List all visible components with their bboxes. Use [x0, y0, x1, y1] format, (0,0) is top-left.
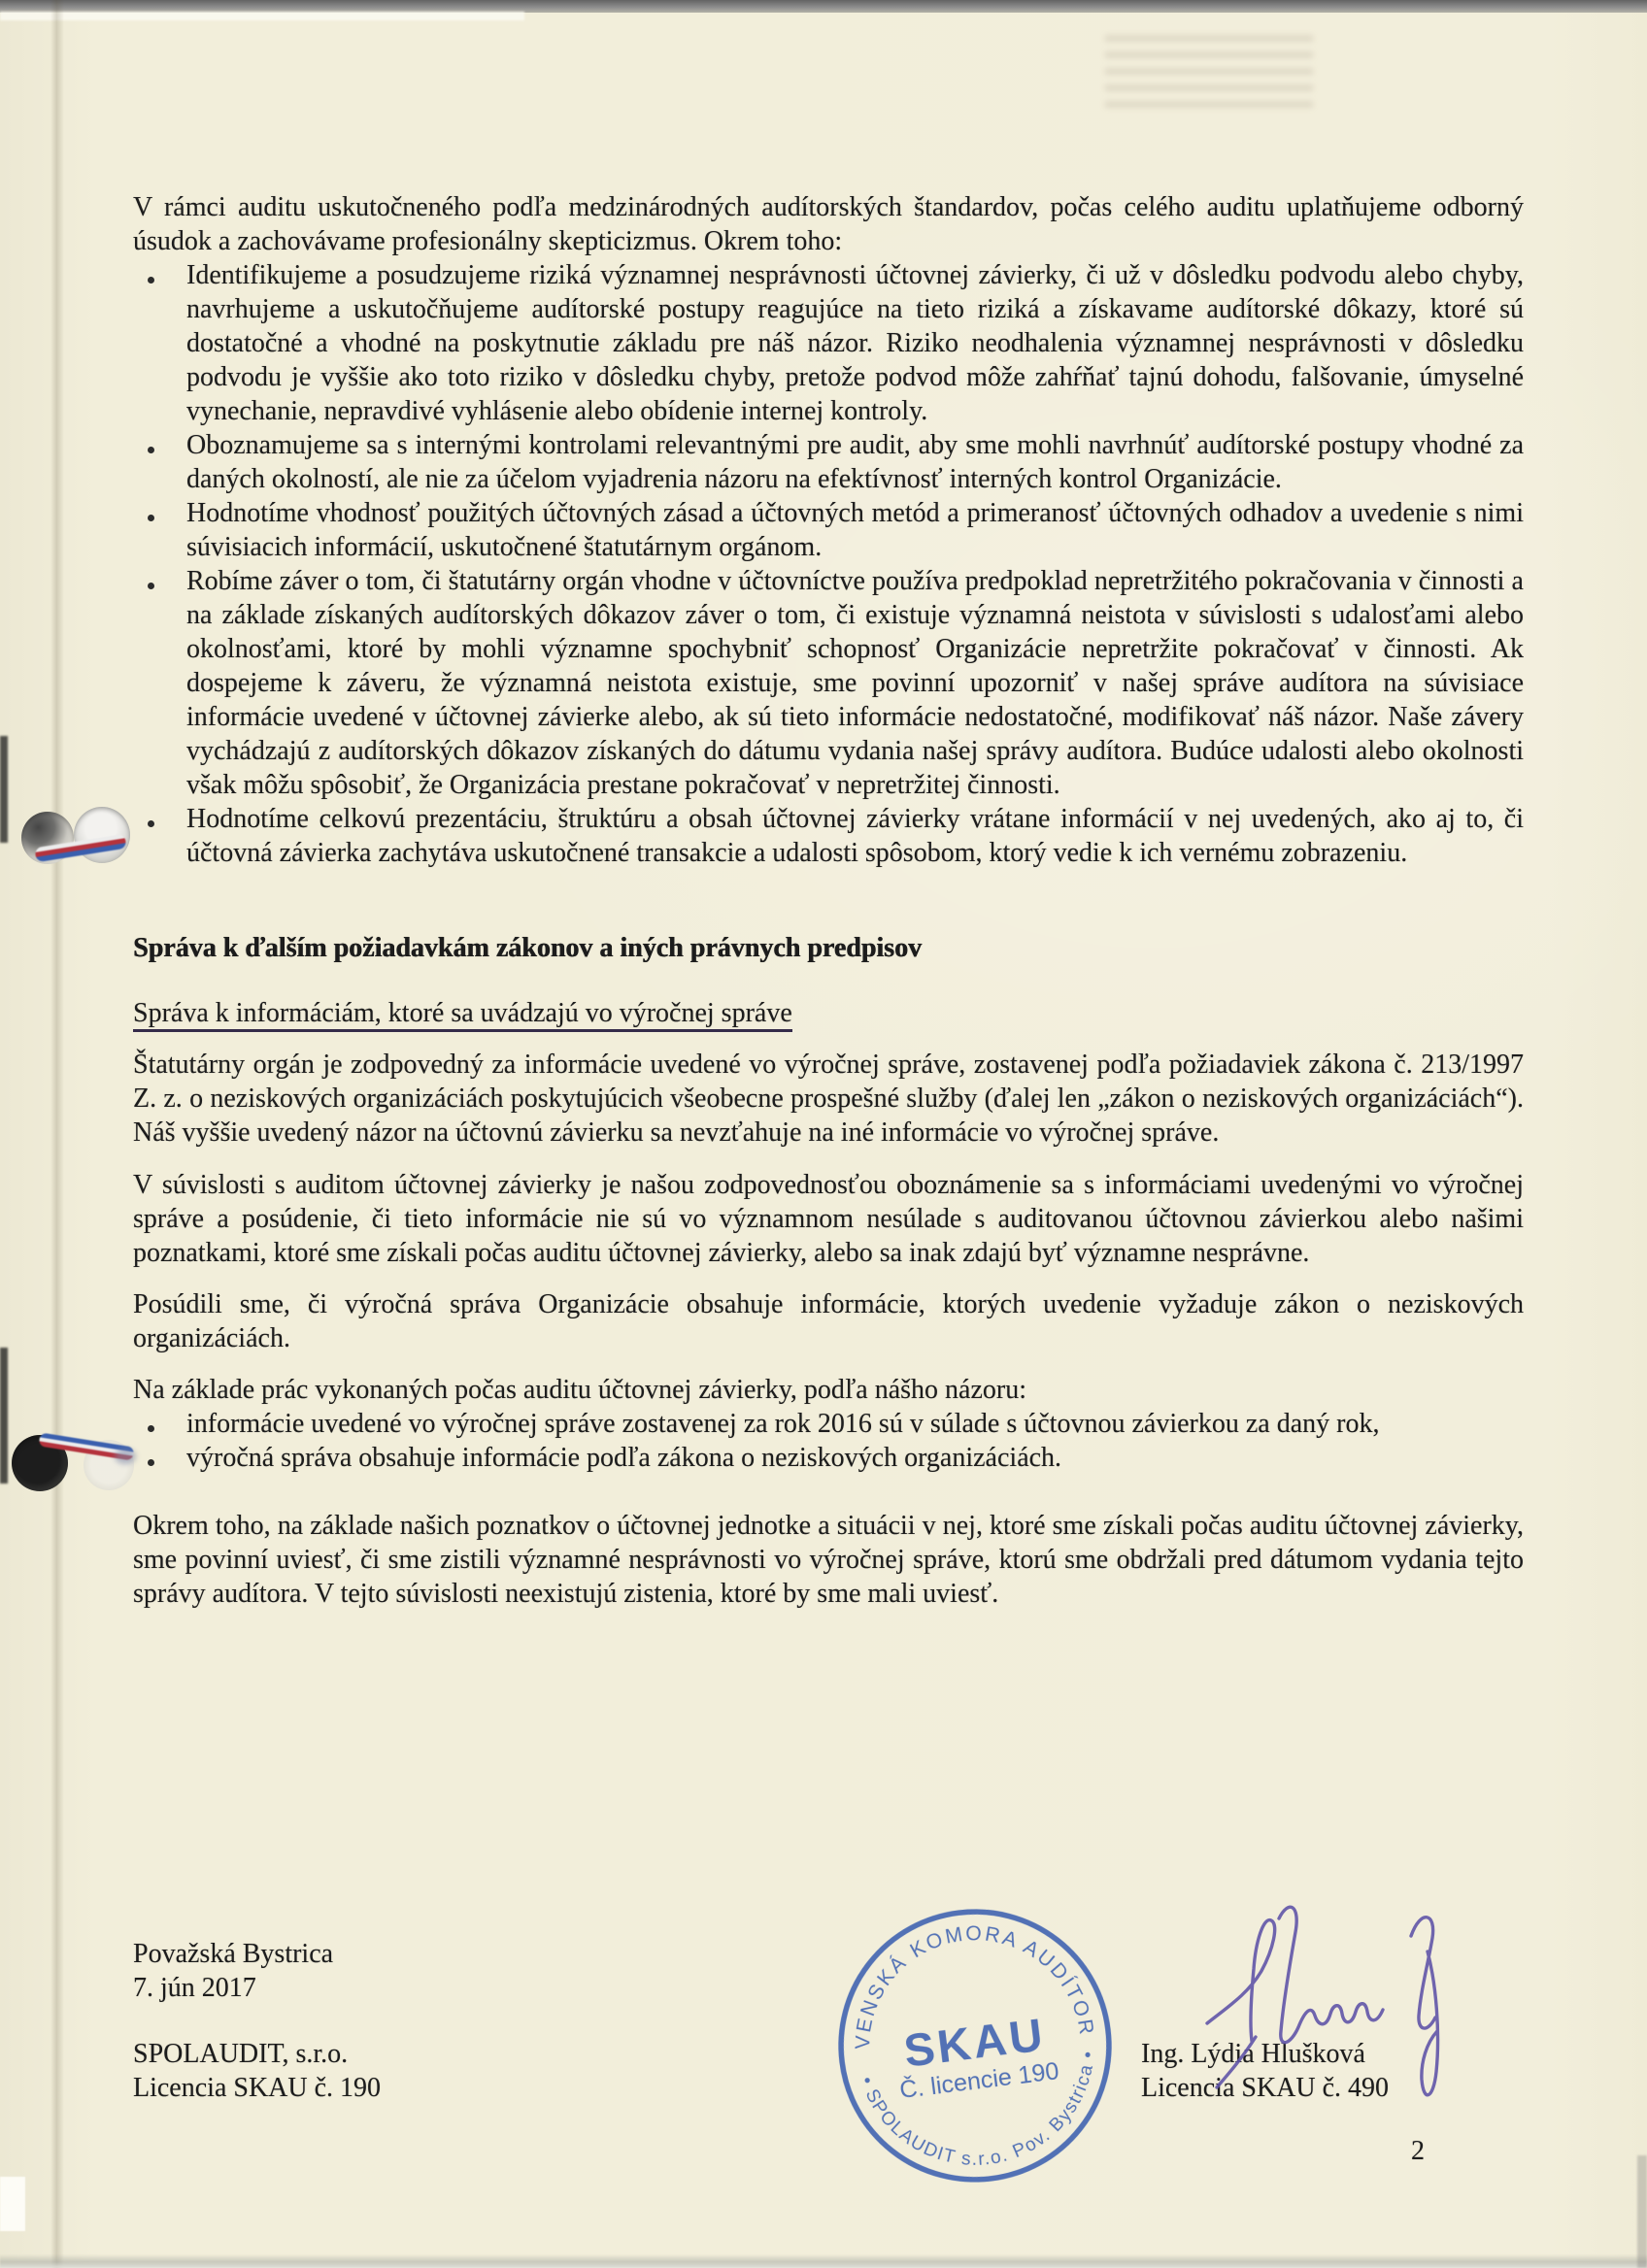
list-item: Hodnotíme vhodnosť použitých účtovných z… [133, 496, 1524, 564]
list-item: Robíme záver o tom, či štatutárny orgán … [133, 564, 1524, 802]
place-date-block: Považská Bystrica 7. jún 2017 [133, 1937, 333, 2005]
scanner-bottom-edge [0, 2254, 1647, 2268]
basis-intro-paragraph: Na základe prác vykonaných počas auditu … [133, 1373, 1524, 1407]
scanned-page: V rámci auditu uskutočneného podľa medzi… [0, 0, 1647, 2268]
audit-procedures-list: Identifikujeme a posudzujeme riziká význ… [133, 258, 1524, 870]
handwritten-signature [1197, 1895, 1460, 2120]
subsection-heading-underlined: Správa k informáciám, ktoré sa uvádzajú … [133, 998, 792, 1032]
list-item: výročná správa obsahuje informácie podľa… [133, 1441, 1524, 1475]
date-line: 7. jún 2017 [133, 1971, 333, 2005]
scanner-right-edge [1637, 2155, 1647, 2268]
page-curl-highlight [0, 12, 524, 20]
subsection-heading: Správa k informáciám, ktoré sa uvádzajú … [133, 996, 1524, 1030]
list-item: Oboznamujeme sa s internými kontrolami r… [133, 428, 1524, 496]
list-item: Identifikujeme a posudzujeme riziká význ… [133, 258, 1524, 428]
paragraph: Posúdili sme, či výročná správa Organizá… [133, 1287, 1524, 1355]
closing-paragraph: Okrem toho, na základe našich poznatkov … [133, 1509, 1524, 1611]
section-heading: Správa k ďalším požiadavkám zákonov a in… [133, 931, 1524, 965]
auditor-firm-block: SPOLAUDIT, s.r.o. Licencia SKAU č. 190 [133, 2037, 381, 2105]
scan-edge-patch [0, 2177, 25, 2231]
firm-name: SPOLAUDIT, s.r.o. [133, 2037, 381, 2071]
intro-paragraph: V rámci auditu uskutočneného podľa medzi… [133, 190, 1524, 258]
place-line: Považská Bystrica [133, 1937, 333, 1971]
paragraph: Štatutárny orgán je zodpovedný za inform… [133, 1048, 1524, 1150]
firm-licence: Licencia SKAU č. 190 [133, 2071, 381, 2105]
scan-edge-sliver [0, 736, 8, 843]
page-number: 2 [1411, 2134, 1425, 2168]
ink-bleedthrough-smudge [1105, 35, 1313, 113]
document-body: V rámci auditu uskutočneného podľa medzi… [133, 190, 1524, 1611]
scan-edge-sliver [0, 1348, 8, 1484]
findings-list: informácie uvedené vo výročnej správe zo… [133, 1407, 1524, 1475]
list-item: Hodnotíme celkovú prezentáciu, štruktúru… [133, 802, 1524, 870]
page-left-edge-shadow [50, 0, 64, 2268]
skau-round-stamp: SLOVENSKÁ KOMORA AUDÍTOROV • SPOLAUDIT s… [812, 1883, 1139, 2210]
list-item: informácie uvedené vo výročnej správe zo… [133, 1407, 1524, 1441]
paragraph: V súvislosti s auditom účtovnej závierky… [133, 1168, 1524, 1270]
